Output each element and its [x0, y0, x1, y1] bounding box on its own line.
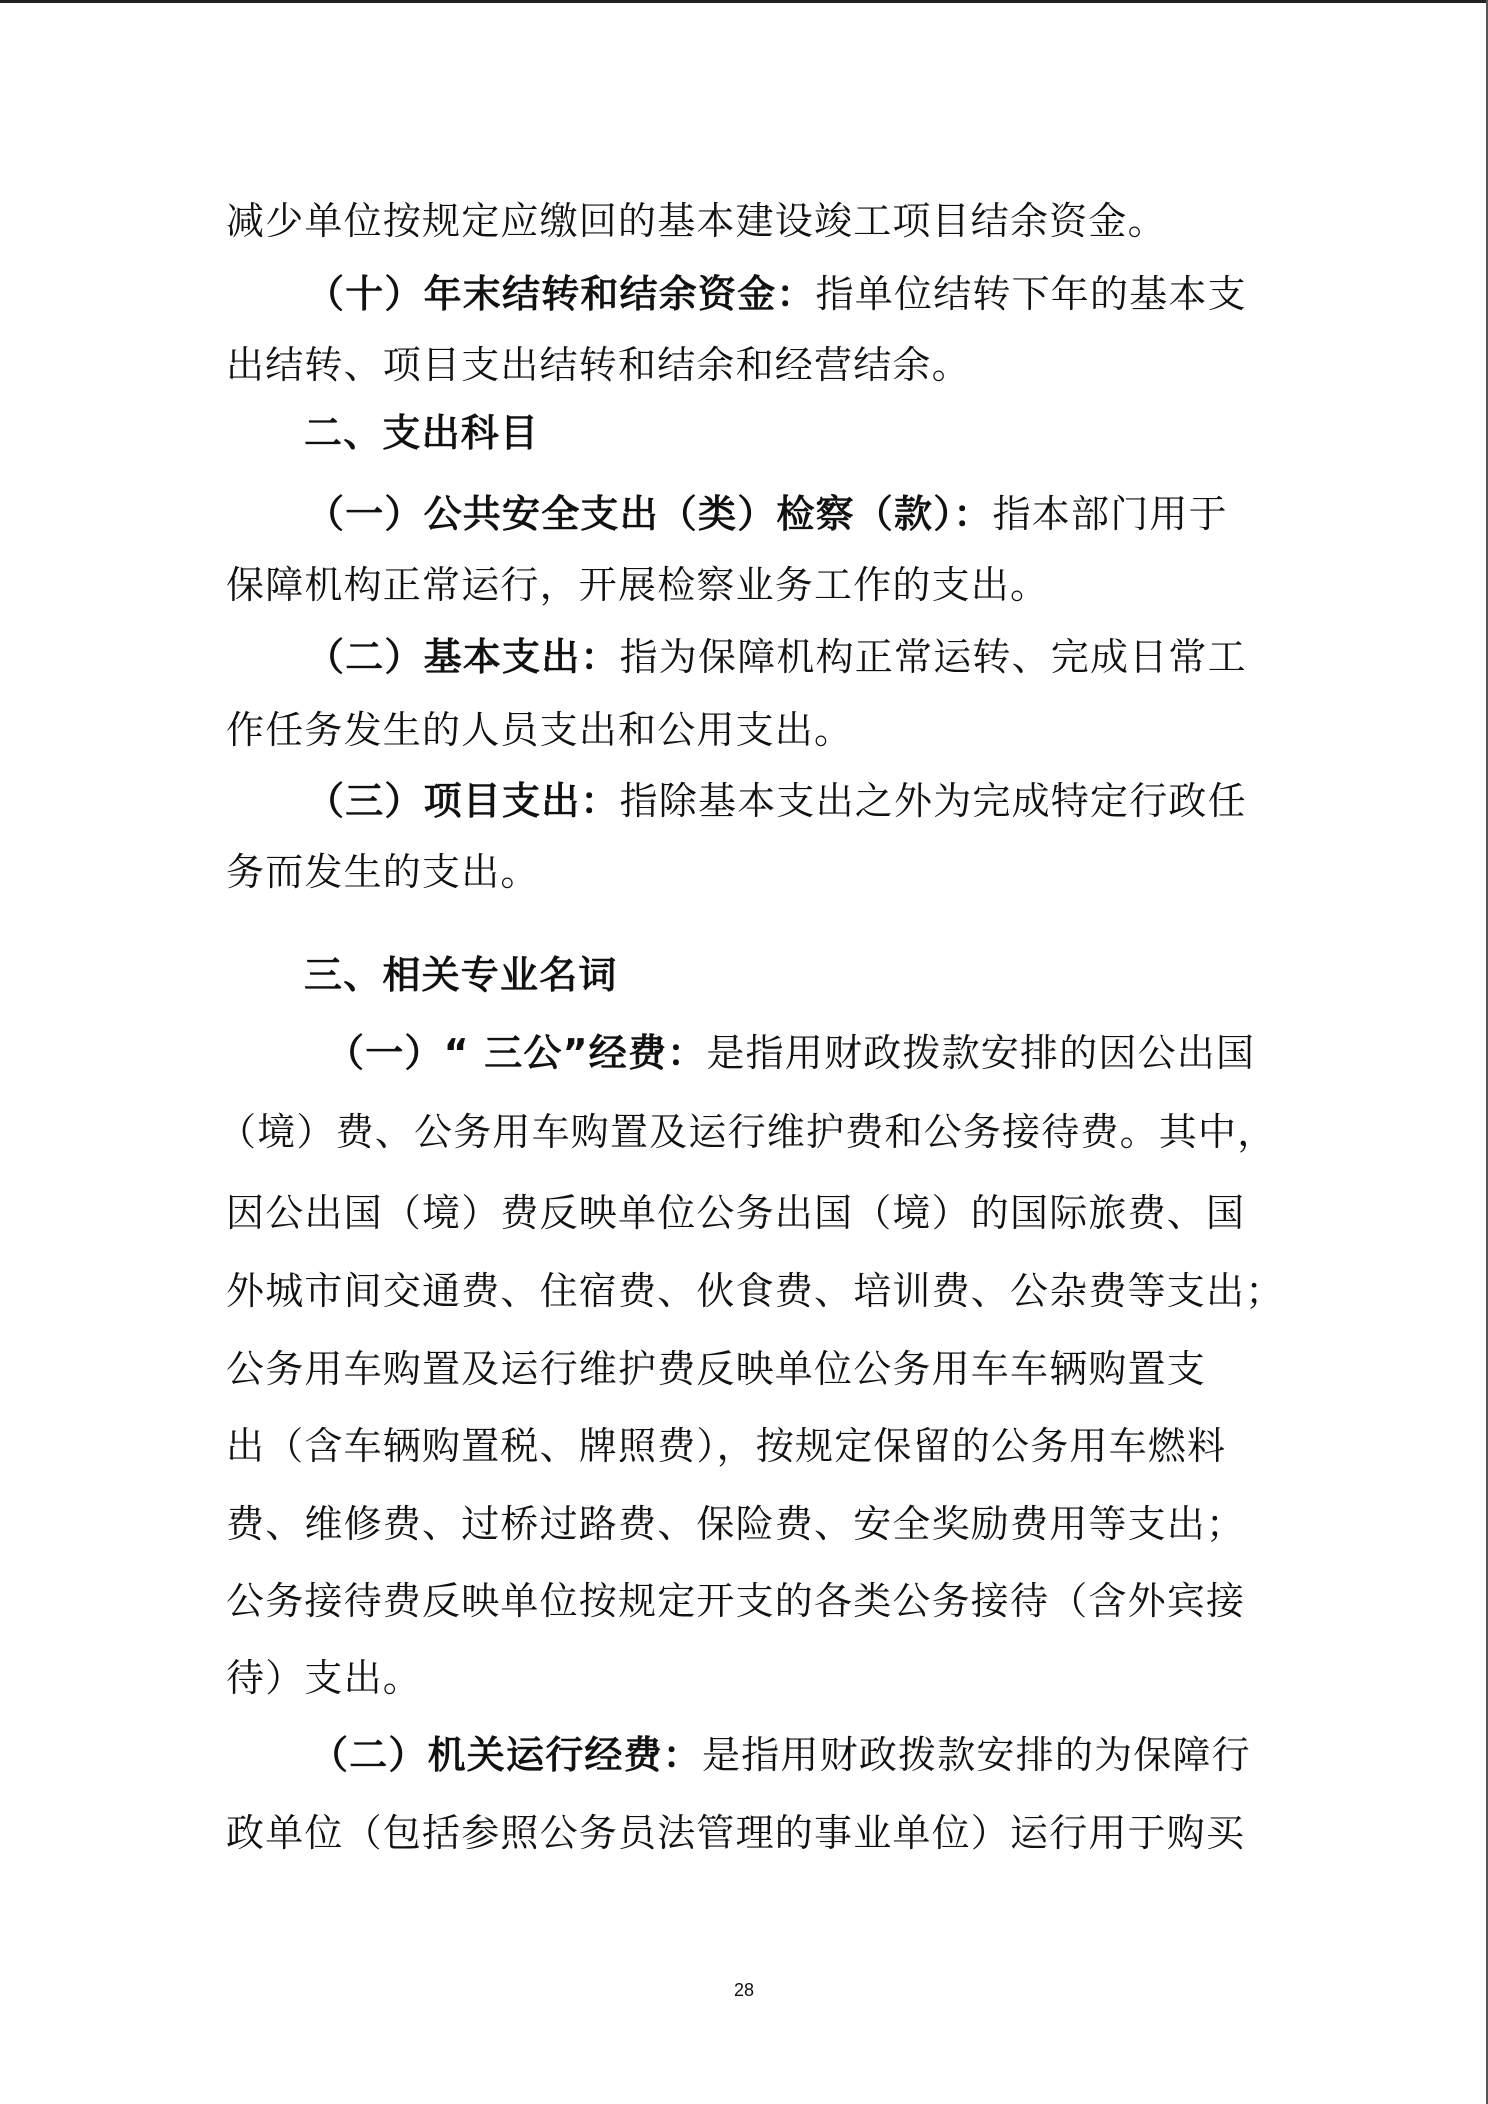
- section-heading-expenditure-subjects: 二、支出科目: [304, 409, 1344, 457]
- text-line: 费、维修费、过桥过路费、保险费、安全奖励费用等支出；: [226, 1500, 1266, 1548]
- text-line: 务而发生的支出。: [226, 848, 1266, 896]
- line-text: 务而发生的支出。: [226, 850, 540, 894]
- line-text: 是指用财政拨款安排的因公出国: [706, 1031, 1255, 1075]
- document-page: 减少单位按规定应缴回的基本建设竣工项目结余资金。 （十）年末结转和结余资金：指单…: [0, 0, 1488, 2104]
- line-text: （境）费、公务用车购置及运行维护费和公务接待费。其中，: [218, 1110, 1276, 1154]
- heading-text: 二、支出科目: [304, 411, 539, 455]
- line-text: 出结转、项目支出结转和结余和经营结余。: [226, 343, 971, 387]
- line-text: 是指用财政拨款安排的为保障行: [702, 1733, 1251, 1777]
- text-line: 出结转、项目支出结转和结余和经营结余。: [226, 341, 1266, 389]
- definition-item-three-public-expenses: （一）“ 三公”经费：是指用财政拨款安排的因公出国: [326, 1029, 1366, 1077]
- definition-item-year-end-balance: （十）年末结转和结余资金：指单位结转下年的基本支: [306, 270, 1346, 318]
- line-text: 指单位结转下年的基本支: [816, 272, 1247, 316]
- term-label: （一）公共安全支出（类）检察（款）：: [306, 492, 993, 536]
- term-label: （二）基本支出：: [306, 635, 620, 679]
- line-text: 保障机构正常运行，开展检察业务工作的支出。: [226, 563, 1049, 607]
- line-text: 指除基本支出之外为完成特定行政任: [620, 779, 1247, 823]
- term-label: （三）项目支出：: [306, 779, 620, 823]
- line-text: 指为保障机构正常运转、完成日常工: [620, 635, 1247, 679]
- line-text: 减少单位按规定应缴回的基本建设竣工项目结余资金。: [226, 199, 1167, 243]
- text-line: （境）费、公务用车购置及运行维护费和公务接待费。其中，: [218, 1108, 1258, 1156]
- section-heading-related-terms: 三、相关专业名词: [304, 951, 1344, 999]
- heading-text: 三、相关专业名词: [304, 953, 618, 997]
- text-line: 因公出国（境）费反映单位公务出国（境）的国际旅费、国: [226, 1189, 1266, 1237]
- definition-item-project-expenditure: （三）项目支出：指除基本支出之外为完成特定行政任: [306, 777, 1346, 825]
- text-line: 待）支出。: [226, 1654, 1266, 1702]
- line-text: 因公出国（境）费反映单位公务出国（境）的国际旅费、国: [226, 1191, 1245, 1235]
- definition-item-public-security: （一）公共安全支出（类）检察（款）：指本部门用于: [306, 490, 1346, 538]
- line-text: 公务用车购置及运行维护费反映单位公务用车车辆购置支: [226, 1347, 1206, 1391]
- line-text: 作任务发生的人员支出和公用支出。: [226, 708, 853, 752]
- line-text: 指本部门用于: [993, 492, 1228, 536]
- text-line: 出（含车辆购置税、牌照费），按规定保留的公务用车燃料: [226, 1422, 1266, 1470]
- line-text: 出（含车辆购置税、牌照费），按规定保留的公务用车燃料: [226, 1424, 1226, 1468]
- text-line: 作任务发生的人员支出和公用支出。: [226, 706, 1266, 754]
- text-line: 减少单位按规定应缴回的基本建设竣工项目结余资金。: [226, 197, 1266, 245]
- text-line: 公务用车购置及运行维护费反映单位公务用车车辆购置支: [226, 1345, 1266, 1393]
- line-text: 待）支出。: [226, 1656, 422, 1700]
- definition-item-agency-operating-expenses: （二）机关运行经费：是指用财政拨款安排的为保障行: [310, 1731, 1350, 1779]
- definition-item-basic-expenditure: （二）基本支出：指为保障机构正常运转、完成日常工: [306, 633, 1346, 681]
- term-label: （十）年末结转和结余资金：: [306, 272, 816, 316]
- term-label: （二）机关运行经费：: [310, 1733, 702, 1777]
- text-line: 保障机构正常运行，开展检察业务工作的支出。: [226, 561, 1266, 609]
- term-label: （一）“ 三公”经费：: [326, 1031, 706, 1075]
- line-text: 政单位（包括参照公务员法管理的事业单位）运行用于购买: [226, 1811, 1245, 1855]
- page-number: 28: [0, 1980, 1488, 2001]
- text-line: 公务接待费反映单位按规定开支的各类公务接待（含外宾接: [226, 1577, 1266, 1625]
- line-text: 公务接待费反映单位按规定开支的各类公务接待（含外宾接: [226, 1579, 1245, 1623]
- text-line: 政单位（包括参照公务员法管理的事业单位）运行用于购买: [226, 1809, 1266, 1857]
- line-text: 外城市间交通费、住宿费、伙食费、培训费、公杂费等支出；: [226, 1269, 1284, 1313]
- line-text: 费、维修费、过桥过路费、保险费、安全奖励费用等支出；: [226, 1502, 1245, 1546]
- text-line: 外城市间交通费、住宿费、伙食费、培训费、公杂费等支出；: [226, 1267, 1266, 1315]
